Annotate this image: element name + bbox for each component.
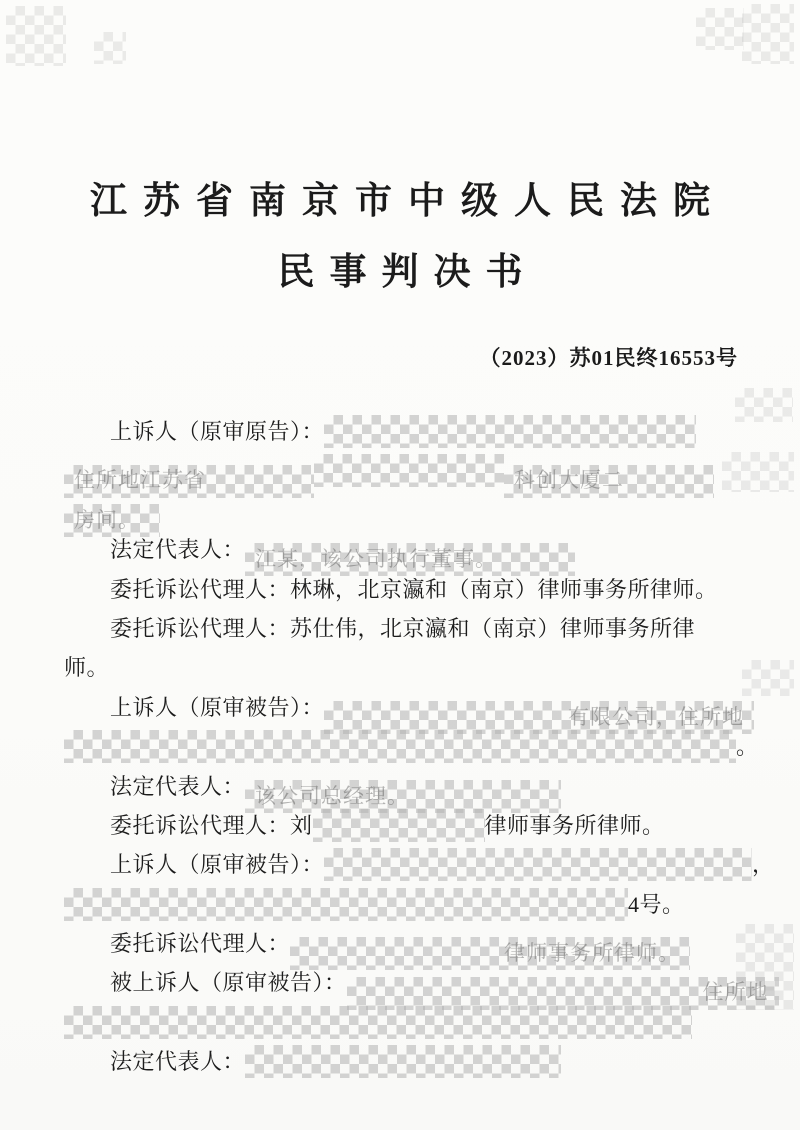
judgment-document-page: 江苏省南京市中级人民法院 民事判决书 （2023）苏01民终16553号 上诉人…: [0, 0, 800, 1130]
corner-redaction-patch: [6, 6, 66, 66]
redaction-block: [64, 730, 736, 763]
document-line: 4号。: [64, 885, 796, 924]
text-segment: 师。: [64, 655, 109, 680]
case-number: （2023）苏01民终16553号: [0, 342, 800, 372]
corner-redaction-patch: [736, 924, 794, 1010]
document-line: 上诉人（原审被告）：，: [64, 845, 796, 884]
text-segment: 。: [736, 734, 759, 759]
text-segment: ，: [752, 852, 775, 877]
text-segment: 上诉人（原审原告）：: [110, 419, 324, 444]
corner-redaction-patch: [696, 8, 744, 50]
document-line: 住所地江苏省科创大厦二: [64, 451, 796, 490]
document-line: 委托诉讼代理人：苏仕伟，北京瀛和（南京）律师事务所律: [64, 609, 796, 648]
text-segment: 4号。: [628, 892, 685, 917]
corner-redaction-patch: [722, 452, 794, 492]
redaction-block: 科创大厦二: [504, 465, 714, 498]
text-segment: 上诉人（原审被告）：: [110, 852, 324, 877]
document-line: 上诉人（原审被告）：有限公司，住所地: [64, 688, 796, 727]
redaction-block: [64, 1006, 692, 1039]
text-segment: 委托诉讼代理人：林琳，北京瀛和（南京）律师事务所律师。: [110, 577, 718, 602]
corner-redaction-patch: [94, 32, 126, 64]
document-line: 法定代表人：江某，该公司执行董事。: [64, 530, 796, 569]
document-line: 上诉人（原审原告）：: [64, 412, 796, 451]
text-segment: 上诉人（原审被告）：: [110, 695, 324, 720]
document-line: 被上诉人（原审被告）：住所地: [64, 963, 796, 1002]
text-segment: 委托诉讼代理人：苏仕伟，北京瀛和（南京）律师事务所律: [110, 616, 695, 641]
redaction-faint-text: 科创大厦二: [504, 465, 634, 498]
redaction-block: [324, 415, 696, 448]
redaction-block: [64, 888, 628, 921]
document-line: 委托诉讼代理人：律师事务所律师。: [64, 924, 796, 963]
document-line: 法定代表人：该公司总经理。: [64, 767, 796, 806]
text-segment: 律师事务所律师。: [485, 813, 665, 838]
text-segment: 法定代表人：: [110, 1049, 245, 1074]
document-body: 上诉人（原审原告）：住所地江苏省科创大厦二房间。法定代表人：江某，该公司执行董事…: [64, 412, 796, 1082]
redaction-block: [313, 809, 485, 842]
document-line: [64, 1003, 796, 1042]
text-segment: 被上诉人（原审被告）：: [110, 970, 347, 995]
redaction-block: [314, 454, 504, 487]
text-segment: 法定代表人：: [110, 774, 245, 799]
text-segment: 委托诉讼代理人：刘: [110, 813, 313, 838]
corner-redaction-patch: [735, 388, 793, 422]
text-segment: 法定代表人：: [110, 537, 245, 562]
document-type-title: 民事判决书: [0, 241, 800, 295]
court-name: 江苏省南京市中级人民法院: [0, 170, 800, 224]
document-line: 委托诉讼代理人：林琳，北京瀛和（南京）律师事务所律师。: [64, 570, 796, 609]
redaction-block: [245, 1045, 561, 1078]
text-segment: 委托诉讼代理人：: [110, 931, 290, 956]
document-line: 师。: [64, 648, 796, 687]
document-line: 法定代表人：: [64, 1042, 796, 1081]
corner-redaction-patch: [742, 4, 794, 64]
redaction-block: [324, 848, 752, 881]
document-line: 。: [64, 727, 796, 766]
corner-redaction-patch: [742, 660, 794, 696]
document-line: 委托诉讼代理人：刘律师事务所律师。: [64, 806, 796, 845]
